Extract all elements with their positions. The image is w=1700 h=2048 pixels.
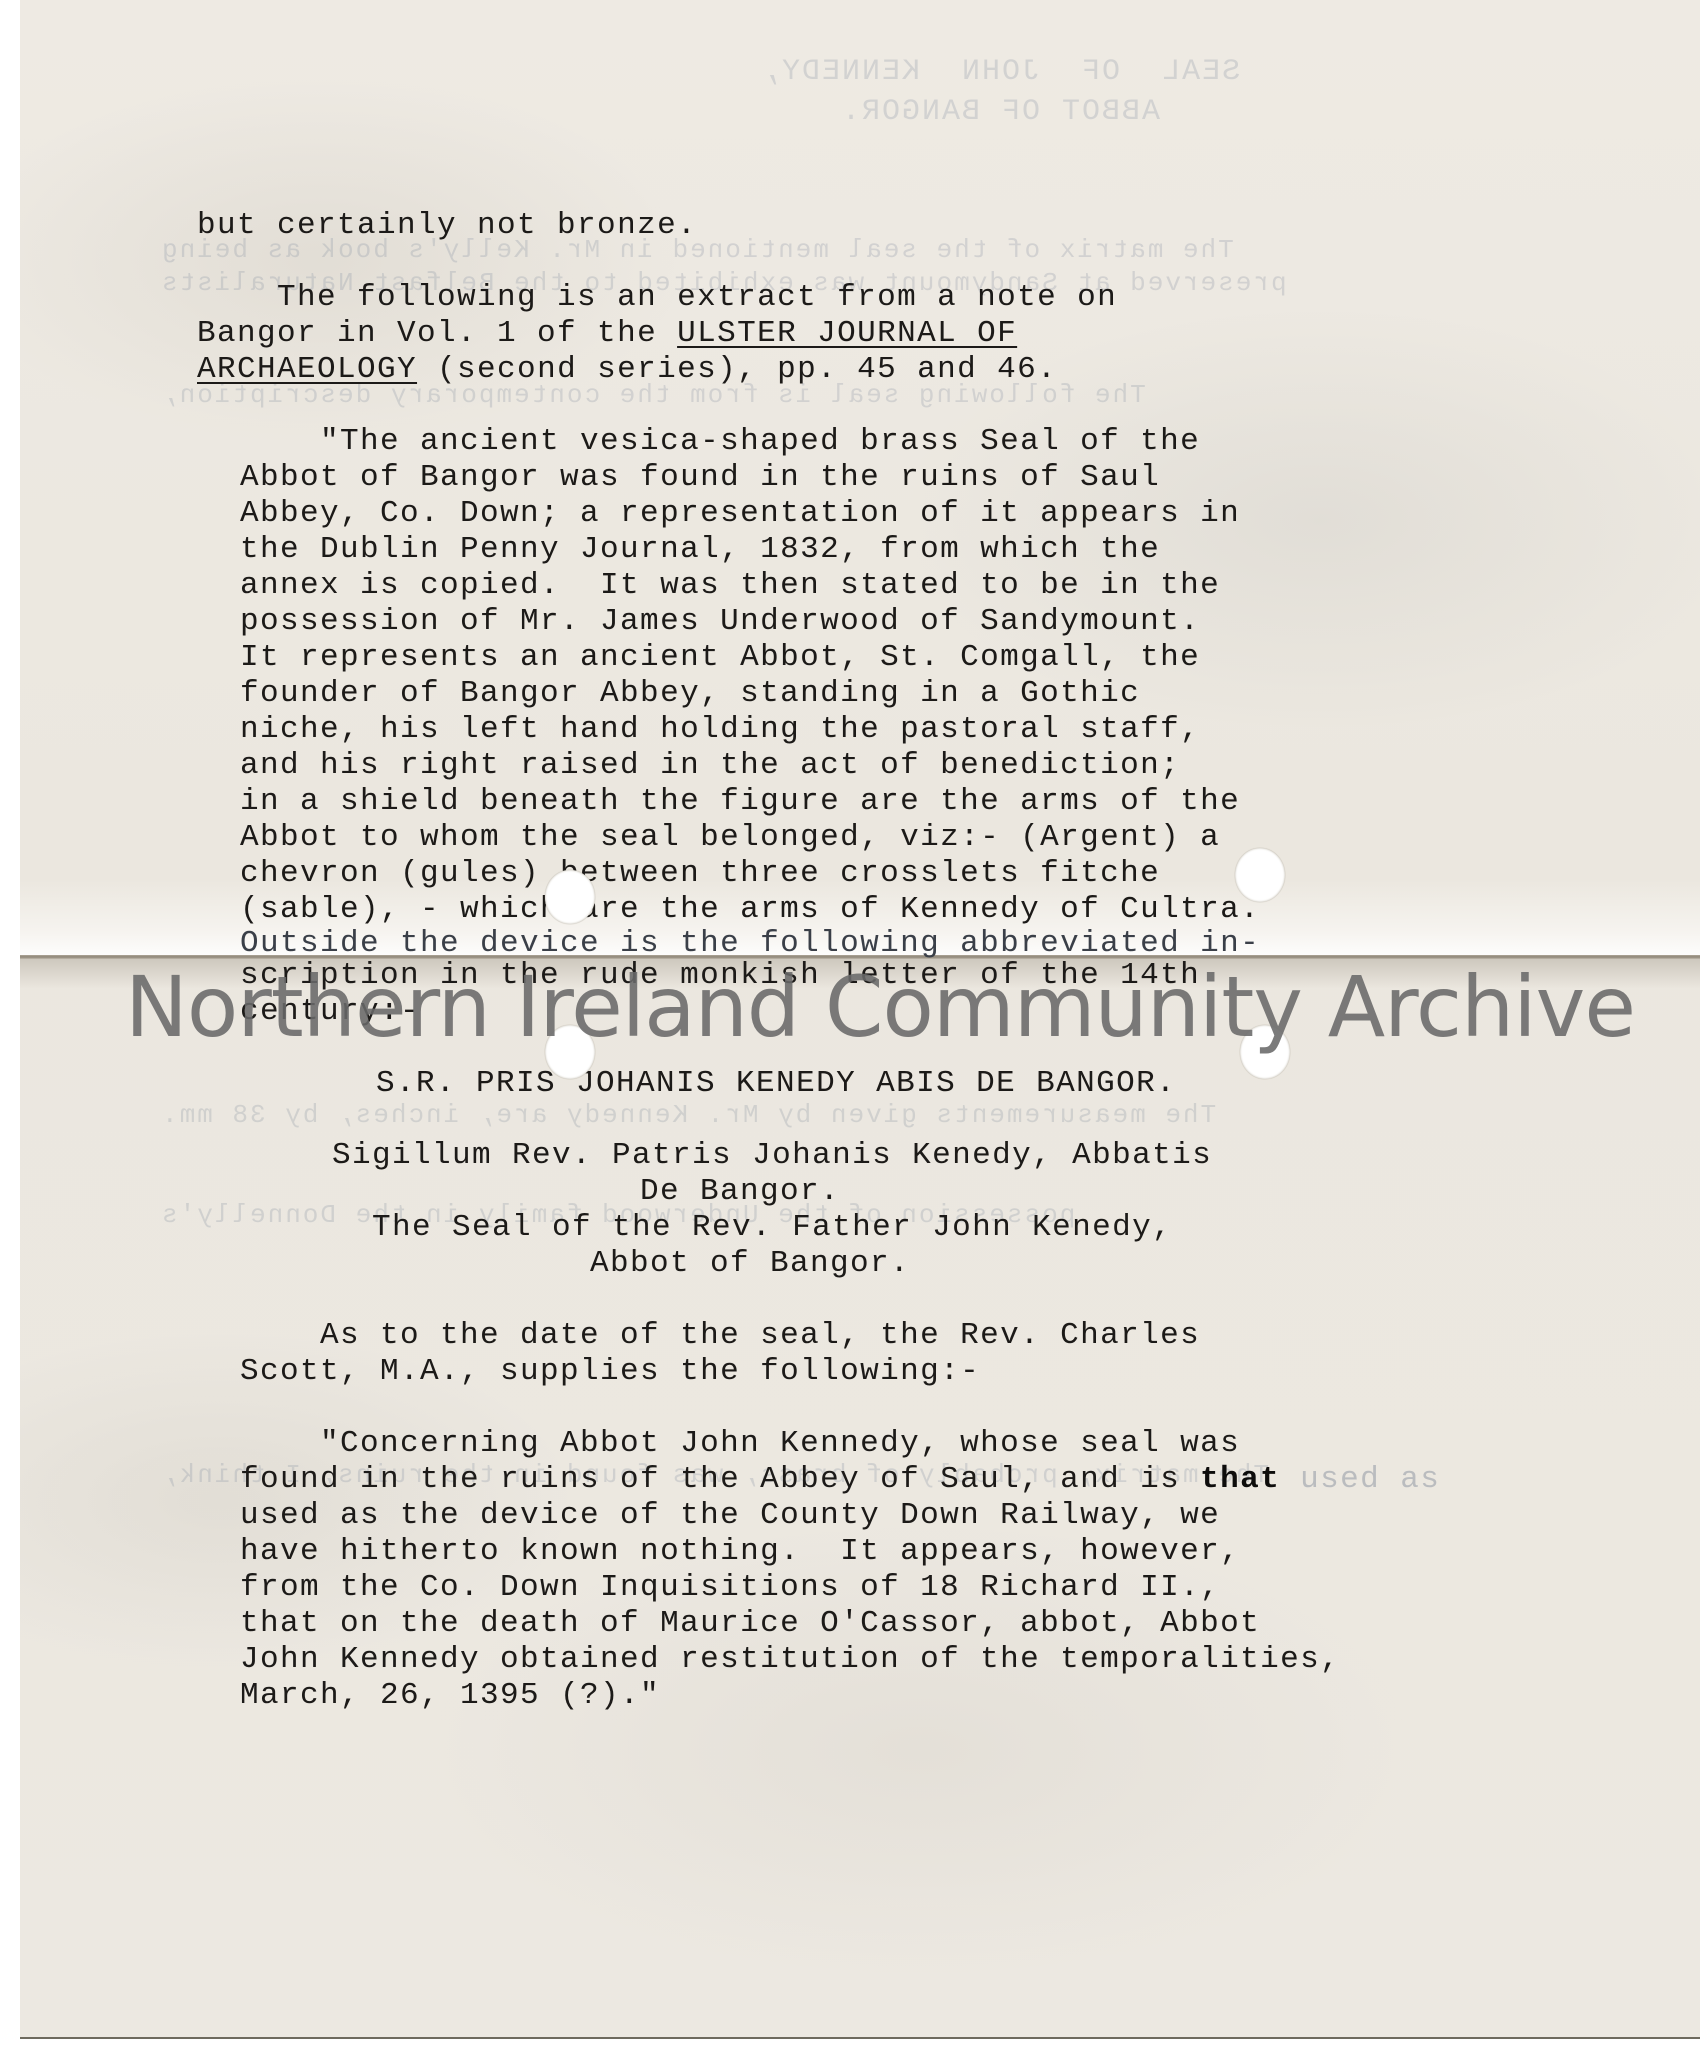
text-line: Bangor in Vol. 1 of the ULSTER JOURNAL O… — [197, 316, 1017, 352]
scott-quote-line: used as the device of the County Down Ra… — [240, 1498, 1220, 1534]
punch-hole — [545, 870, 595, 924]
bleed-through-text: The measurements given by Mr. Kennedy ar… — [160, 1100, 1216, 1130]
latin-translation: De Bangor. — [640, 1174, 840, 1210]
text-segment: Bangor in Vol. 1 of the — [197, 316, 677, 351]
quote-line: It represents an ancient Abbot, St. Comg… — [240, 640, 1200, 676]
scott-quote-line: found in the ruins of the Abbey of Saul,… — [240, 1462, 1440, 1498]
text-line: As to the date of the seal, the Rev. Cha… — [240, 1318, 1200, 1354]
faint-struck-text: used as — [1280, 1462, 1440, 1497]
scott-quote-line: have hitherto known nothing. It appears,… — [240, 1534, 1240, 1570]
quote-line: niche, his left hand holding the pastora… — [240, 712, 1200, 748]
quote-line: Abbot of Bangor was found in the ruins o… — [240, 460, 1160, 496]
quote-line: Outside the device is the following abbr… — [240, 926, 1260, 962]
scott-quote-line: March, 26, 1395 (?)." — [240, 1678, 660, 1714]
text-line: Scott, M.A., supplies the following:- — [240, 1354, 980, 1390]
latin-translation: Sigillum Rev. Patris Johanis Kenedy, Abb… — [332, 1138, 1212, 1174]
quote-line: chevron (gules) between three crosslets … — [240, 856, 1160, 892]
scott-quote-line: that on the death of Maurice O'Cassor, a… — [240, 1606, 1260, 1642]
text-line: The following is an extract from a note … — [197, 280, 1117, 316]
quote-line: in a shield beneath the figure are the a… — [240, 784, 1240, 820]
punch-hole — [1235, 848, 1285, 902]
text-segment: (second series), pp. 45 and 46. — [417, 352, 1057, 387]
quote-line: "The ancient vesica-shaped brass Seal of… — [240, 424, 1200, 460]
journal-title: ARCHAEOLOGY — [197, 352, 417, 387]
scott-quote-line: "Concerning Abbot John Kennedy, whose se… — [240, 1426, 1240, 1462]
quote-line: annex is copied. It was then stated to b… — [240, 568, 1220, 604]
english-translation: Abbot of Bangor. — [590, 1246, 910, 1282]
bleed-through-header: ABBOT OF BANGOR. — [840, 95, 1160, 129]
english-translation: The Seal of the Rev. Father John Kenedy, — [372, 1210, 1172, 1246]
journal-title: ULSTER JOURNAL OF — [677, 316, 1017, 351]
bleed-through-header: SEAL OF JOHN KENNEDY, — [760, 55, 1240, 89]
scott-quote-line: from the Co. Down Inquisitions of 18 Ric… — [240, 1570, 1220, 1606]
quote-line: founder of Bangor Abbey, standing in a G… — [240, 676, 1140, 712]
text-segment: found in the ruins of the Abbey of Saul,… — [240, 1462, 1200, 1497]
quote-line: possession of Mr. James Underwood of San… — [240, 604, 1200, 640]
text-line: ARCHAEOLOGY (second series), pp. 45 and … — [197, 352, 1057, 388]
quote-line: Abbey, Co. Down; a representation of it … — [240, 496, 1240, 532]
quote-line: (sable), - which are the arms of Kennedy… — [240, 892, 1260, 928]
scott-quote-line: John Kennedy obtained restitution of the… — [240, 1642, 1340, 1678]
quote-line: Abbot to whom the seal belonged, viz:- (… — [240, 820, 1220, 856]
archive-watermark: Northern Ireland Community Archive — [125, 958, 1635, 1056]
seal-inscription: S.R. PRIS JOHANIS KENEDY ABIS DE BANGOR. — [376, 1066, 1176, 1102]
text-line: but certainly not bronze. — [197, 208, 697, 244]
quote-line: and his right raised in the act of bened… — [240, 748, 1180, 784]
emphasised-word: that — [1200, 1462, 1280, 1497]
quote-line: the Dublin Penny Journal, 1832, from whi… — [240, 532, 1160, 568]
